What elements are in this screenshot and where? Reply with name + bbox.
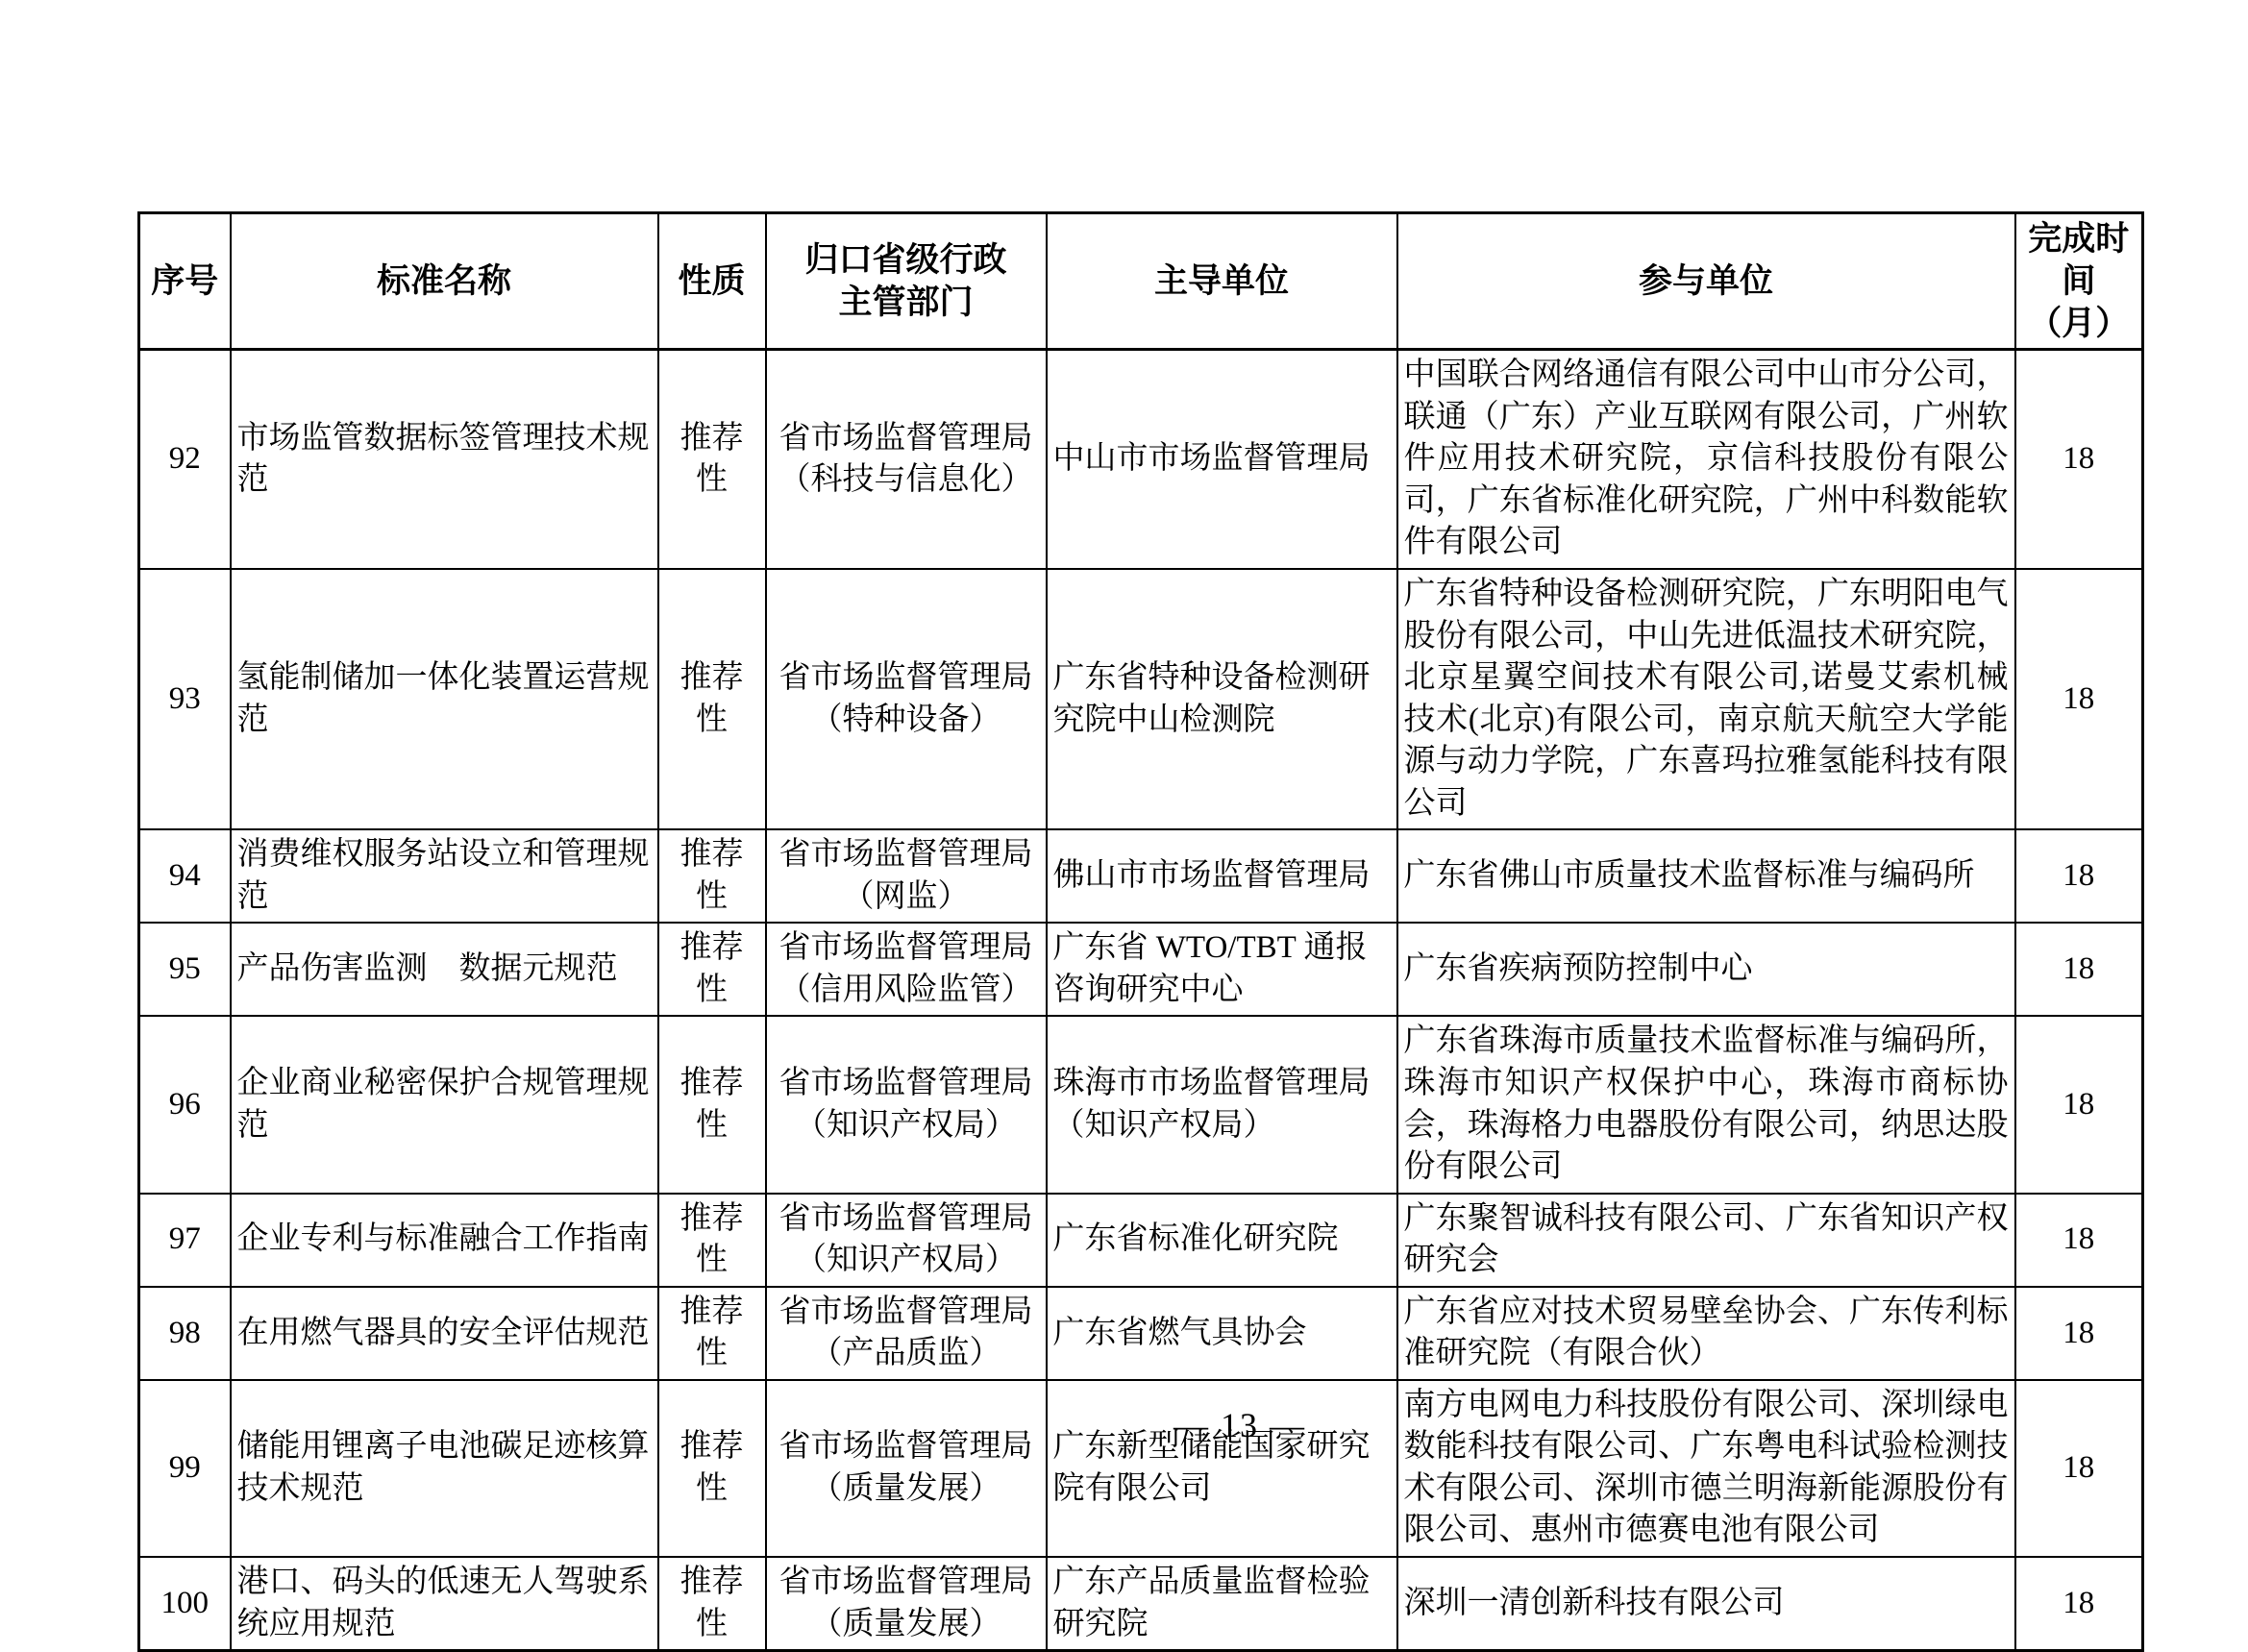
- dept-cell: 省市场监督管理局 （产品质监）: [766, 1287, 1047, 1380]
- col-header-serial-number: 序号: [139, 213, 231, 350]
- completion-time-cell: 18: [2015, 829, 2143, 923]
- serial-number-cell: 93: [139, 569, 231, 829]
- completion-time-cell: 18: [2015, 923, 2143, 1016]
- nature-cell: 推荐性: [658, 1194, 766, 1287]
- table-row: 98 在用燃气器具的安全评估规范 推荐性 省市场监督管理局 （产品质监） 广东省…: [139, 1287, 2143, 1380]
- standard-name-cell: 在用燃气器具的安全评估规范: [231, 1287, 658, 1380]
- nature-cell: 推荐性: [658, 829, 766, 923]
- lead-unit-cell: 广东省燃气具协会: [1047, 1287, 1397, 1380]
- standard-name-cell: 氢能制储加一体化装置运营规范: [231, 569, 658, 829]
- completion-time-cell: 18: [2015, 1016, 2143, 1193]
- nature-cell: 推荐性: [658, 569, 766, 829]
- serial-number-cell: 97: [139, 1194, 231, 1287]
- nature-cell: 推荐性: [658, 1380, 766, 1557]
- serial-number-cell: 95: [139, 923, 231, 1016]
- completion-time-cell: 18: [2015, 350, 2143, 569]
- col-header-dept: 归口省级行政 主管部门: [766, 213, 1047, 350]
- col-header-participants: 参与单位: [1397, 213, 2015, 350]
- col-header-completion-time: 完成时间 （月）: [2015, 213, 2143, 350]
- completion-time-cell: 18: [2015, 1380, 2143, 1557]
- completion-time-cell: 18: [2015, 1557, 2143, 1651]
- standard-name-cell: 企业专利与标准融合工作指南: [231, 1194, 658, 1287]
- table-row: 94 消费维权服务站设立和管理规范 推荐性 省市场监督管理局 （网监） 佛山市市…: [139, 829, 2143, 923]
- dept-cell: 省市场监督管理局 （知识产权局）: [766, 1016, 1047, 1193]
- serial-number-cell: 98: [139, 1287, 231, 1380]
- standard-name-cell: 产品伤害监测 数据元规范: [231, 923, 658, 1016]
- nature-cell: 推荐性: [658, 1287, 766, 1380]
- serial-number-cell: 100: [139, 1557, 231, 1651]
- col-header-lead-unit: 主导单位: [1047, 213, 1397, 350]
- nature-cell: 推荐性: [658, 350, 766, 569]
- table-row: 95 产品伤害监测 数据元规范 推荐性 省市场监督管理局 （信用风险监管） 广东…: [139, 923, 2143, 1016]
- participants-cell: 广东省应对技术贸易壁垒协会、广东传利标准研究院（有限合伙）: [1397, 1287, 2015, 1380]
- serial-number-cell: 96: [139, 1016, 231, 1193]
- standards-table: 序号 标准名称 性质 归口省级行政 主管部门 主导单位 参与单位 完成时间 （月…: [137, 211, 2144, 1652]
- table-header-row: 序号 标准名称 性质 归口省级行政 主管部门 主导单位 参与单位 完成时间 （月…: [139, 213, 2143, 350]
- lead-unit-cell: 佛山市市场监督管理局: [1047, 829, 1397, 923]
- document-page: 序号 标准名称 性质 归口省级行政 主管部门 主导单位 参与单位 完成时间 （月…: [0, 0, 2248, 1590]
- lead-unit-cell: 广东省标准化研究院: [1047, 1194, 1397, 1287]
- participants-cell: 深圳一清创新科技有限公司: [1397, 1557, 2015, 1651]
- dept-cell: 省市场监督管理局 （质量发展）: [766, 1557, 1047, 1651]
- participants-cell: 广东省珠海市质量技术监督标准与编码所，珠海市知识产权保护中心，珠海市商标协会，珠…: [1397, 1016, 2015, 1193]
- serial-number-cell: 92: [139, 350, 231, 569]
- serial-number-cell: 94: [139, 829, 231, 923]
- lead-unit-cell: 广东省 WTO/TBT 通报咨询研究中心: [1047, 923, 1397, 1016]
- participants-cell: 广东聚智诚科技有限公司、广东省知识产权研究会: [1397, 1194, 2015, 1287]
- table-row: 97 企业专利与标准融合工作指南 推荐性 省市场监督管理局 （知识产权局） 广东…: [139, 1194, 2143, 1287]
- table-row: 93 氢能制储加一体化装置运营规范 推荐性 省市场监督管理局 （特种设备） 广东…: [139, 569, 2143, 829]
- nature-cell: 推荐性: [658, 1557, 766, 1651]
- lead-unit-cell: 广东产品质量监督检验研究院: [1047, 1557, 1397, 1651]
- participants-cell: 中国联合网络通信有限公司中山市分公司，联通（广东）产业互联网有限公司，广州软件应…: [1397, 350, 2015, 569]
- participants-cell: 广东省特种设备检测研究院，广东明阳电气股份有限公司，中山先进低温技术研究院，北京…: [1397, 569, 2015, 829]
- table-row: 92 市场监管数据标签管理技术规范 推荐性 省市场监督管理局 （科技与信息化） …: [139, 350, 2143, 569]
- participants-cell: 南方电网电力科技股份有限公司、深圳绿电数能科技有限公司、广东粤电科试验检测技术有…: [1397, 1380, 2015, 1557]
- dept-cell: 省市场监督管理局 （质量发展）: [766, 1380, 1047, 1557]
- nature-cell: 推荐性: [658, 923, 766, 1016]
- standard-name-cell: 消费维权服务站设立和管理规范: [231, 829, 658, 923]
- standard-name-cell: 储能用锂离子电池碳足迹核算技术规范: [231, 1380, 658, 1557]
- dept-cell: 省市场监督管理局 （信用风险监管）: [766, 923, 1047, 1016]
- lead-unit-cell: 广东省特种设备检测研究院中山检测院: [1047, 569, 1397, 829]
- table-row: 96 企业商业秘密保护合规管理规范 推荐性 省市场监督管理局 （知识产权局） 珠…: [139, 1016, 2143, 1193]
- table-row: 100 港口、码头的低速无人驾驶系统应用规范 推荐性 省市场监督管理局 （质量发…: [139, 1557, 2143, 1651]
- page-number: — 13 —: [1144, 1405, 1336, 1445]
- col-header-standard-name: 标准名称: [231, 213, 658, 350]
- dept-cell: 省市场监督管理局 （知识产权局）: [766, 1194, 1047, 1287]
- participants-cell: 广东省疾病预防控制中心: [1397, 923, 2015, 1016]
- dept-cell: 省市场监督管理局 （科技与信息化）: [766, 350, 1047, 569]
- dept-cell: 省市场监督管理局 （网监）: [766, 829, 1047, 923]
- completion-time-cell: 18: [2015, 569, 2143, 829]
- lead-unit-cell: 中山市市场监督管理局: [1047, 350, 1397, 569]
- completion-time-cell: 18: [2015, 1287, 2143, 1380]
- table-row: 99 储能用锂离子电池碳足迹核算技术规范 推荐性 省市场监督管理局 （质量发展）…: [139, 1380, 2143, 1557]
- participants-cell: 广东省佛山市质量技术监督标准与编码所: [1397, 829, 2015, 923]
- lead-unit-cell: 珠海市市场监督管理局 （知识产权局）: [1047, 1016, 1397, 1193]
- nature-cell: 推荐性: [658, 1016, 766, 1193]
- dept-cell: 省市场监督管理局 （特种设备）: [766, 569, 1047, 829]
- completion-time-cell: 18: [2015, 1194, 2143, 1287]
- standard-name-cell: 市场监管数据标签管理技术规范: [231, 350, 658, 569]
- serial-number-cell: 99: [139, 1380, 231, 1557]
- standard-name-cell: 企业商业秘密保护合规管理规范: [231, 1016, 658, 1193]
- col-header-nature: 性质: [658, 213, 766, 350]
- standard-name-cell: 港口、码头的低速无人驾驶系统应用规范: [231, 1557, 658, 1651]
